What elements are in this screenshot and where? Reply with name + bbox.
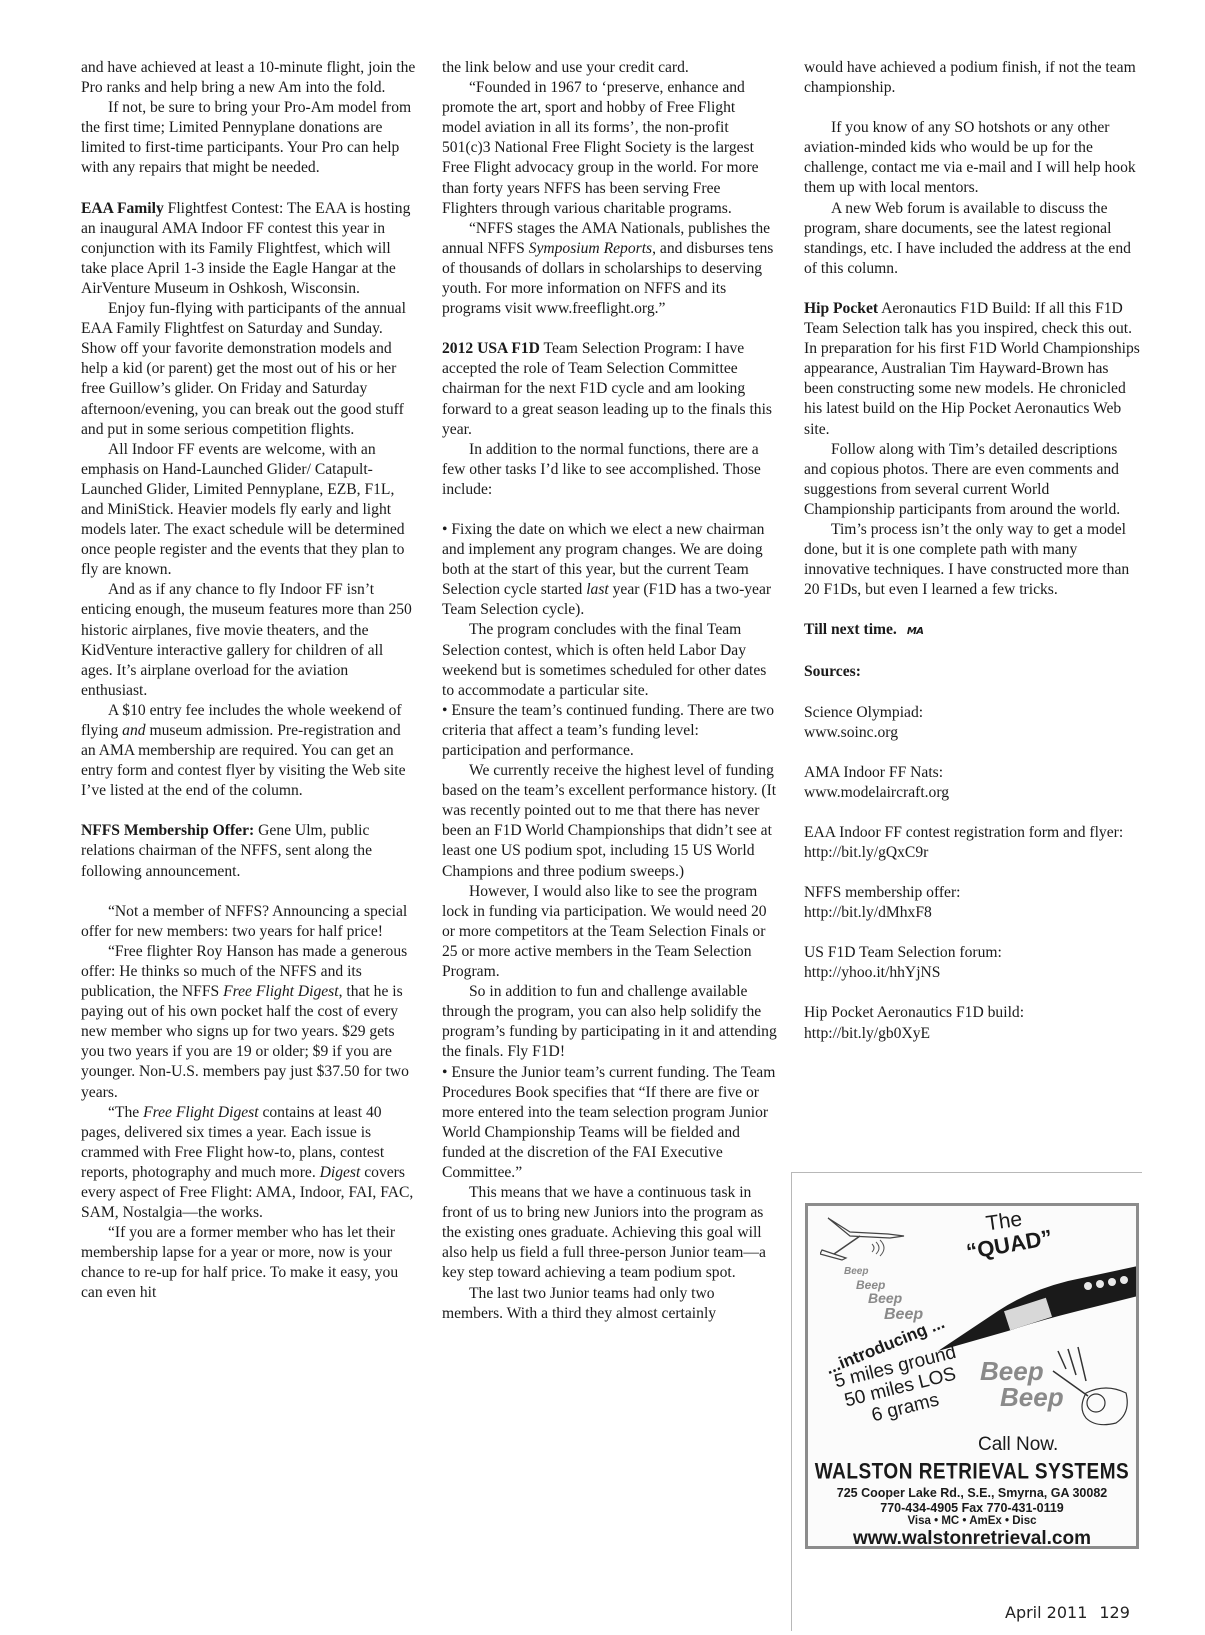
signoff: Till next time.MA	[804, 620, 1140, 642]
paragraph: A new Web forum is available to discuss …	[804, 199, 1140, 279]
paragraph: However, I would also like to see the pr…	[442, 882, 778, 982]
paragraph: And as if any chance to fly Indoor FF is…	[81, 580, 417, 701]
beep-text: Beep	[844, 1266, 868, 1277]
company-website-link[interactable]: www.walstonretrieval.com	[808, 1528, 1136, 1549]
quote-paragraph: “Not a member of NFFS? Announcing a spec…	[81, 902, 417, 942]
quote-paragraph: “Founded in 1967 to ‘preserve, enhance a…	[442, 78, 778, 219]
bullet-item: • Ensure the team’s continued funding. T…	[442, 701, 778, 761]
quote-paragraph: “NFFS stages the AMA Nationals, publishe…	[442, 219, 778, 319]
source-label: AMA Indoor FF Nats:	[804, 763, 1140, 783]
page-number: 129	[1099, 1603, 1130, 1622]
paragraph: the link below and use your credit card.	[442, 58, 778, 78]
company-phones: 770-434-4905 Fax 770-431-0119	[808, 1501, 1136, 1515]
paragraph: This means that we have a continuous tas…	[442, 1183, 778, 1283]
paragraph: So in addition to fun and challenge avai…	[442, 982, 778, 1062]
paragraph: All Indoor FF events are welcome, with a…	[81, 440, 417, 581]
paragraph: The program concludes with the final Tea…	[442, 620, 778, 700]
quote-paragraph: “If you are a former member who has let …	[81, 1223, 417, 1303]
source-link[interactable]: www.soinc.org	[804, 723, 1140, 743]
sources-heading: Sources:	[804, 662, 1140, 682]
column-1: and have achieved at least a 10-minute f…	[81, 58, 417, 1304]
walston-advertisement[interactable]: Beep Beep Beep Beep The “QUAD” ...introd…	[805, 1203, 1139, 1549]
call-now-text: Call Now.	[978, 1434, 1058, 1456]
source-item: US F1D Team Selection forum: http://yhoo…	[804, 943, 1140, 983]
section-hip-pocket: Hip Pocket Aeronautics F1D Build: If all…	[804, 299, 1140, 440]
source-link[interactable]: www.modelaircraft.org	[804, 783, 1140, 803]
source-link[interactable]: http://bit.ly/gb0XyE	[804, 1024, 1140, 1044]
quote-paragraph: “The Free Flight Digest contains at leas…	[81, 1103, 417, 1224]
source-link[interactable]: http://bit.ly/gQxC9r	[804, 843, 1140, 863]
source-item: EAA Indoor FF contest registration form …	[804, 823, 1140, 863]
source-label: US F1D Team Selection forum:	[804, 943, 1140, 963]
section-heading: NFFS Membership Offer:	[81, 822, 254, 839]
source-item: Hip Pocket Aeronautics F1D build: http:/…	[804, 1003, 1140, 1043]
beep-text: Beep	[868, 1290, 902, 1306]
column-2: the link below and use your credit card.…	[442, 58, 778, 1324]
section-eaa: EAA Family Flightfest Contest: The EAA i…	[81, 199, 417, 299]
ma-logo-icon: MA	[907, 626, 924, 637]
company-name: WALSTON RETRIEVAL SYSTEMS	[808, 1460, 1136, 1485]
antenna-receiver-icon	[1048, 1341, 1133, 1431]
source-link[interactable]: http://bit.ly/dMhxF8	[804, 903, 1140, 923]
column-3: would have achieved a podium finish, if …	[804, 58, 1140, 1044]
issue-date: April 2011	[1005, 1603, 1087, 1622]
source-item: AMA Indoor FF Nats: www.modelaircraft.or…	[804, 763, 1140, 803]
paragraph: If not, be sure to bring your Pro-Am mod…	[81, 98, 417, 178]
source-item: Science Olympiad: www.soinc.org	[804, 703, 1140, 743]
source-item: NFFS membership offer: http://bit.ly/dMh…	[804, 883, 1140, 923]
section-heading: Hip Pocket	[804, 300, 878, 317]
page-footer: April 2011129	[1005, 1603, 1130, 1622]
source-link[interactable]: http://yhoo.it/hhYjNS	[804, 963, 1140, 983]
paragraph: would have achieved a podium finish, if …	[804, 58, 1140, 98]
paragraph: Follow along with Tim’s detailed descrip…	[804, 440, 1140, 520]
bullet-item: • Ensure the Junior team’s current fundi…	[442, 1063, 778, 1184]
paragraph: If you know of any SO hotshots or any ot…	[804, 118, 1140, 198]
glider-icon	[820, 1214, 910, 1264]
paragraph: The last two Junior teams had only two m…	[442, 1284, 778, 1324]
section-f1d: 2012 USA F1D Team Selection Program: I h…	[442, 339, 778, 439]
source-label: Hip Pocket Aeronautics F1D build:	[804, 1003, 1140, 1023]
paragraph: We currently receive the highest level o…	[442, 761, 778, 882]
payment-methods: Visa • MC • AmEx • Disc	[808, 1515, 1136, 1527]
source-label: Science Olympiad:	[804, 703, 1140, 723]
paragraph: A $10 entry fee includes the whole weeke…	[81, 701, 417, 801]
source-label: NFFS membership offer:	[804, 883, 1140, 903]
source-label: EAA Indoor FF contest registration form …	[804, 823, 1140, 843]
quote-paragraph: “Free flighter Roy Hanson has made a gen…	[81, 942, 417, 1103]
paragraph: Tim’s process isn’t the only way to get …	[804, 520, 1140, 600]
bullet-item: • Fixing the date on which we elect a ne…	[442, 520, 778, 620]
section-heading: EAA Family	[81, 200, 164, 217]
paragraph: and have achieved at least a 10-minute f…	[81, 58, 417, 98]
section-nffs: NFFS Membership Offer: Gene Ulm, public …	[81, 821, 417, 881]
paragraph: In addition to the normal functions, the…	[442, 440, 778, 500]
company-address: 725 Cooper Lake Rd., S.E., Smyrna, GA 30…	[808, 1486, 1136, 1500]
section-heading: 2012 USA F1D	[442, 340, 540, 357]
paragraph: Enjoy fun-flying with participants of th…	[81, 299, 417, 440]
